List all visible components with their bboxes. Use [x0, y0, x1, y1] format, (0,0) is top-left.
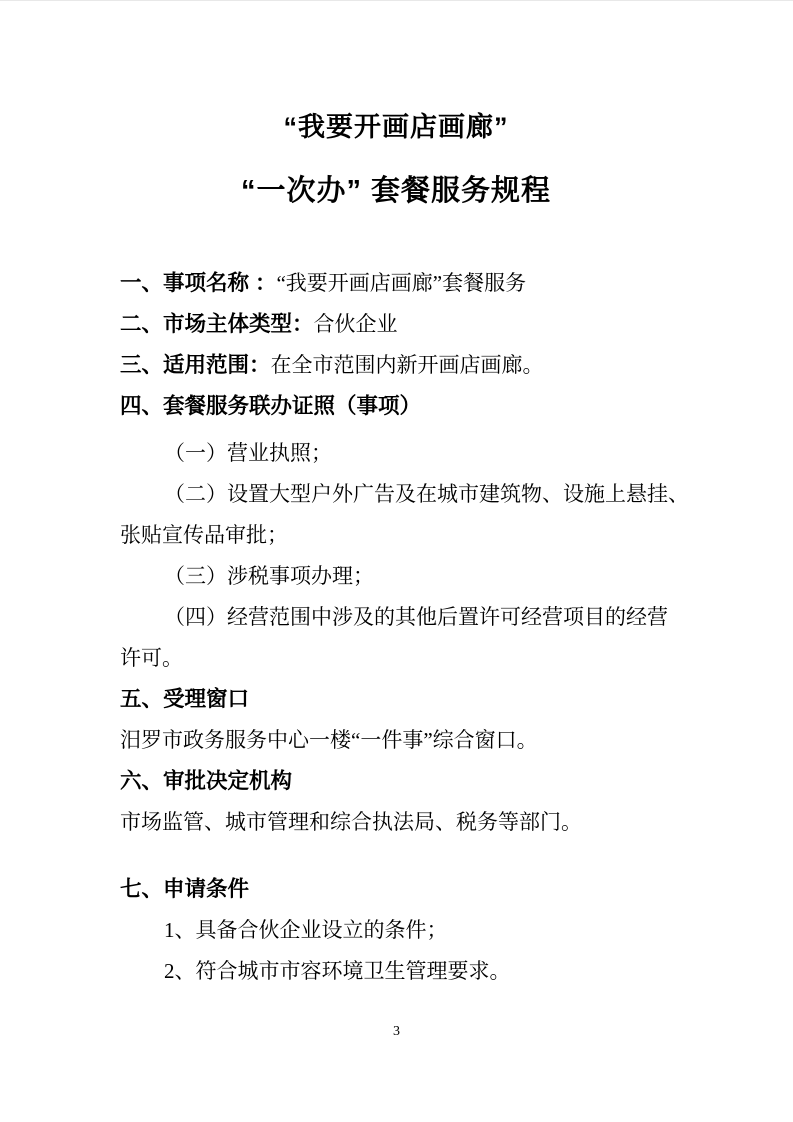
- item-value: 合伙企业: [314, 312, 398, 336]
- body-line: （四）经营范围中涉及的其他后置许可经营项目的经营: [120, 597, 673, 638]
- body-line: 市场监管、城市管理和综合执法局、税务等部门。: [120, 802, 673, 843]
- item-value: “我要开画店画廊”套餐服务: [276, 271, 526, 295]
- section-heading: 六、审批决定机构: [120, 761, 673, 802]
- title-line-2: “一次办” 套餐服务规程: [120, 175, 672, 207]
- section-spacer: [120, 843, 673, 869]
- body-line: （二）设置大型户外广告及在城市建筑物、设施上悬挂、: [120, 474, 673, 515]
- body-line: 许可。: [120, 638, 673, 679]
- body-line: 张贴宣传品审批；: [120, 515, 673, 556]
- document-title: “我要开画店画廊” “一次办” 套餐服务规程: [120, 112, 672, 207]
- body-line: 2、符合城市市容环境卫生管理要求。: [120, 951, 673, 992]
- item-label: 一、事项名称 ：: [120, 271, 276, 295]
- body-line: （一）营业执照；: [120, 433, 673, 474]
- document-body: 一、事项名称 ：“我要开画店画廊”套餐服务二、市场主体类型：合伙企业三、适用范围…: [120, 263, 673, 992]
- item-label: 三、适用范围：: [120, 353, 271, 377]
- page-number: 3: [393, 1024, 400, 1039]
- labeled-item-line: 三、适用范围：在全市范围内新开画店画廊。: [120, 345, 673, 386]
- labeled-item-line: 二、市场主体类型：合伙企业: [120, 304, 673, 345]
- section-heading: 七、申请条件: [120, 869, 673, 910]
- body-line: 1、具备合伙企业设立的条件；: [120, 910, 673, 951]
- page-footer: 3: [0, 1022, 793, 1042]
- section-heading: 五、受理窗口: [120, 679, 673, 720]
- body-line: 汨罗市政务服务中心一楼“一件事”综合窗口。: [120, 720, 673, 761]
- labeled-item-line: 一、事项名称 ：“我要开画店画廊”套餐服务: [120, 263, 673, 304]
- item-label: 二、市场主体类型：: [120, 312, 314, 336]
- document-page: “我要开画店画廊” “一次办” 套餐服务规程 一、事项名称 ：“我要开画店画廊”…: [0, 0, 793, 1122]
- title-line-1: “我要开画店画廊”: [120, 112, 672, 142]
- item-value: 在全市范围内新开画店画廊。: [271, 353, 544, 377]
- body-line: （三）涉税事项办理；: [120, 556, 673, 597]
- section-heading: 四、套餐服务联办证照（事项）: [120, 386, 673, 427]
